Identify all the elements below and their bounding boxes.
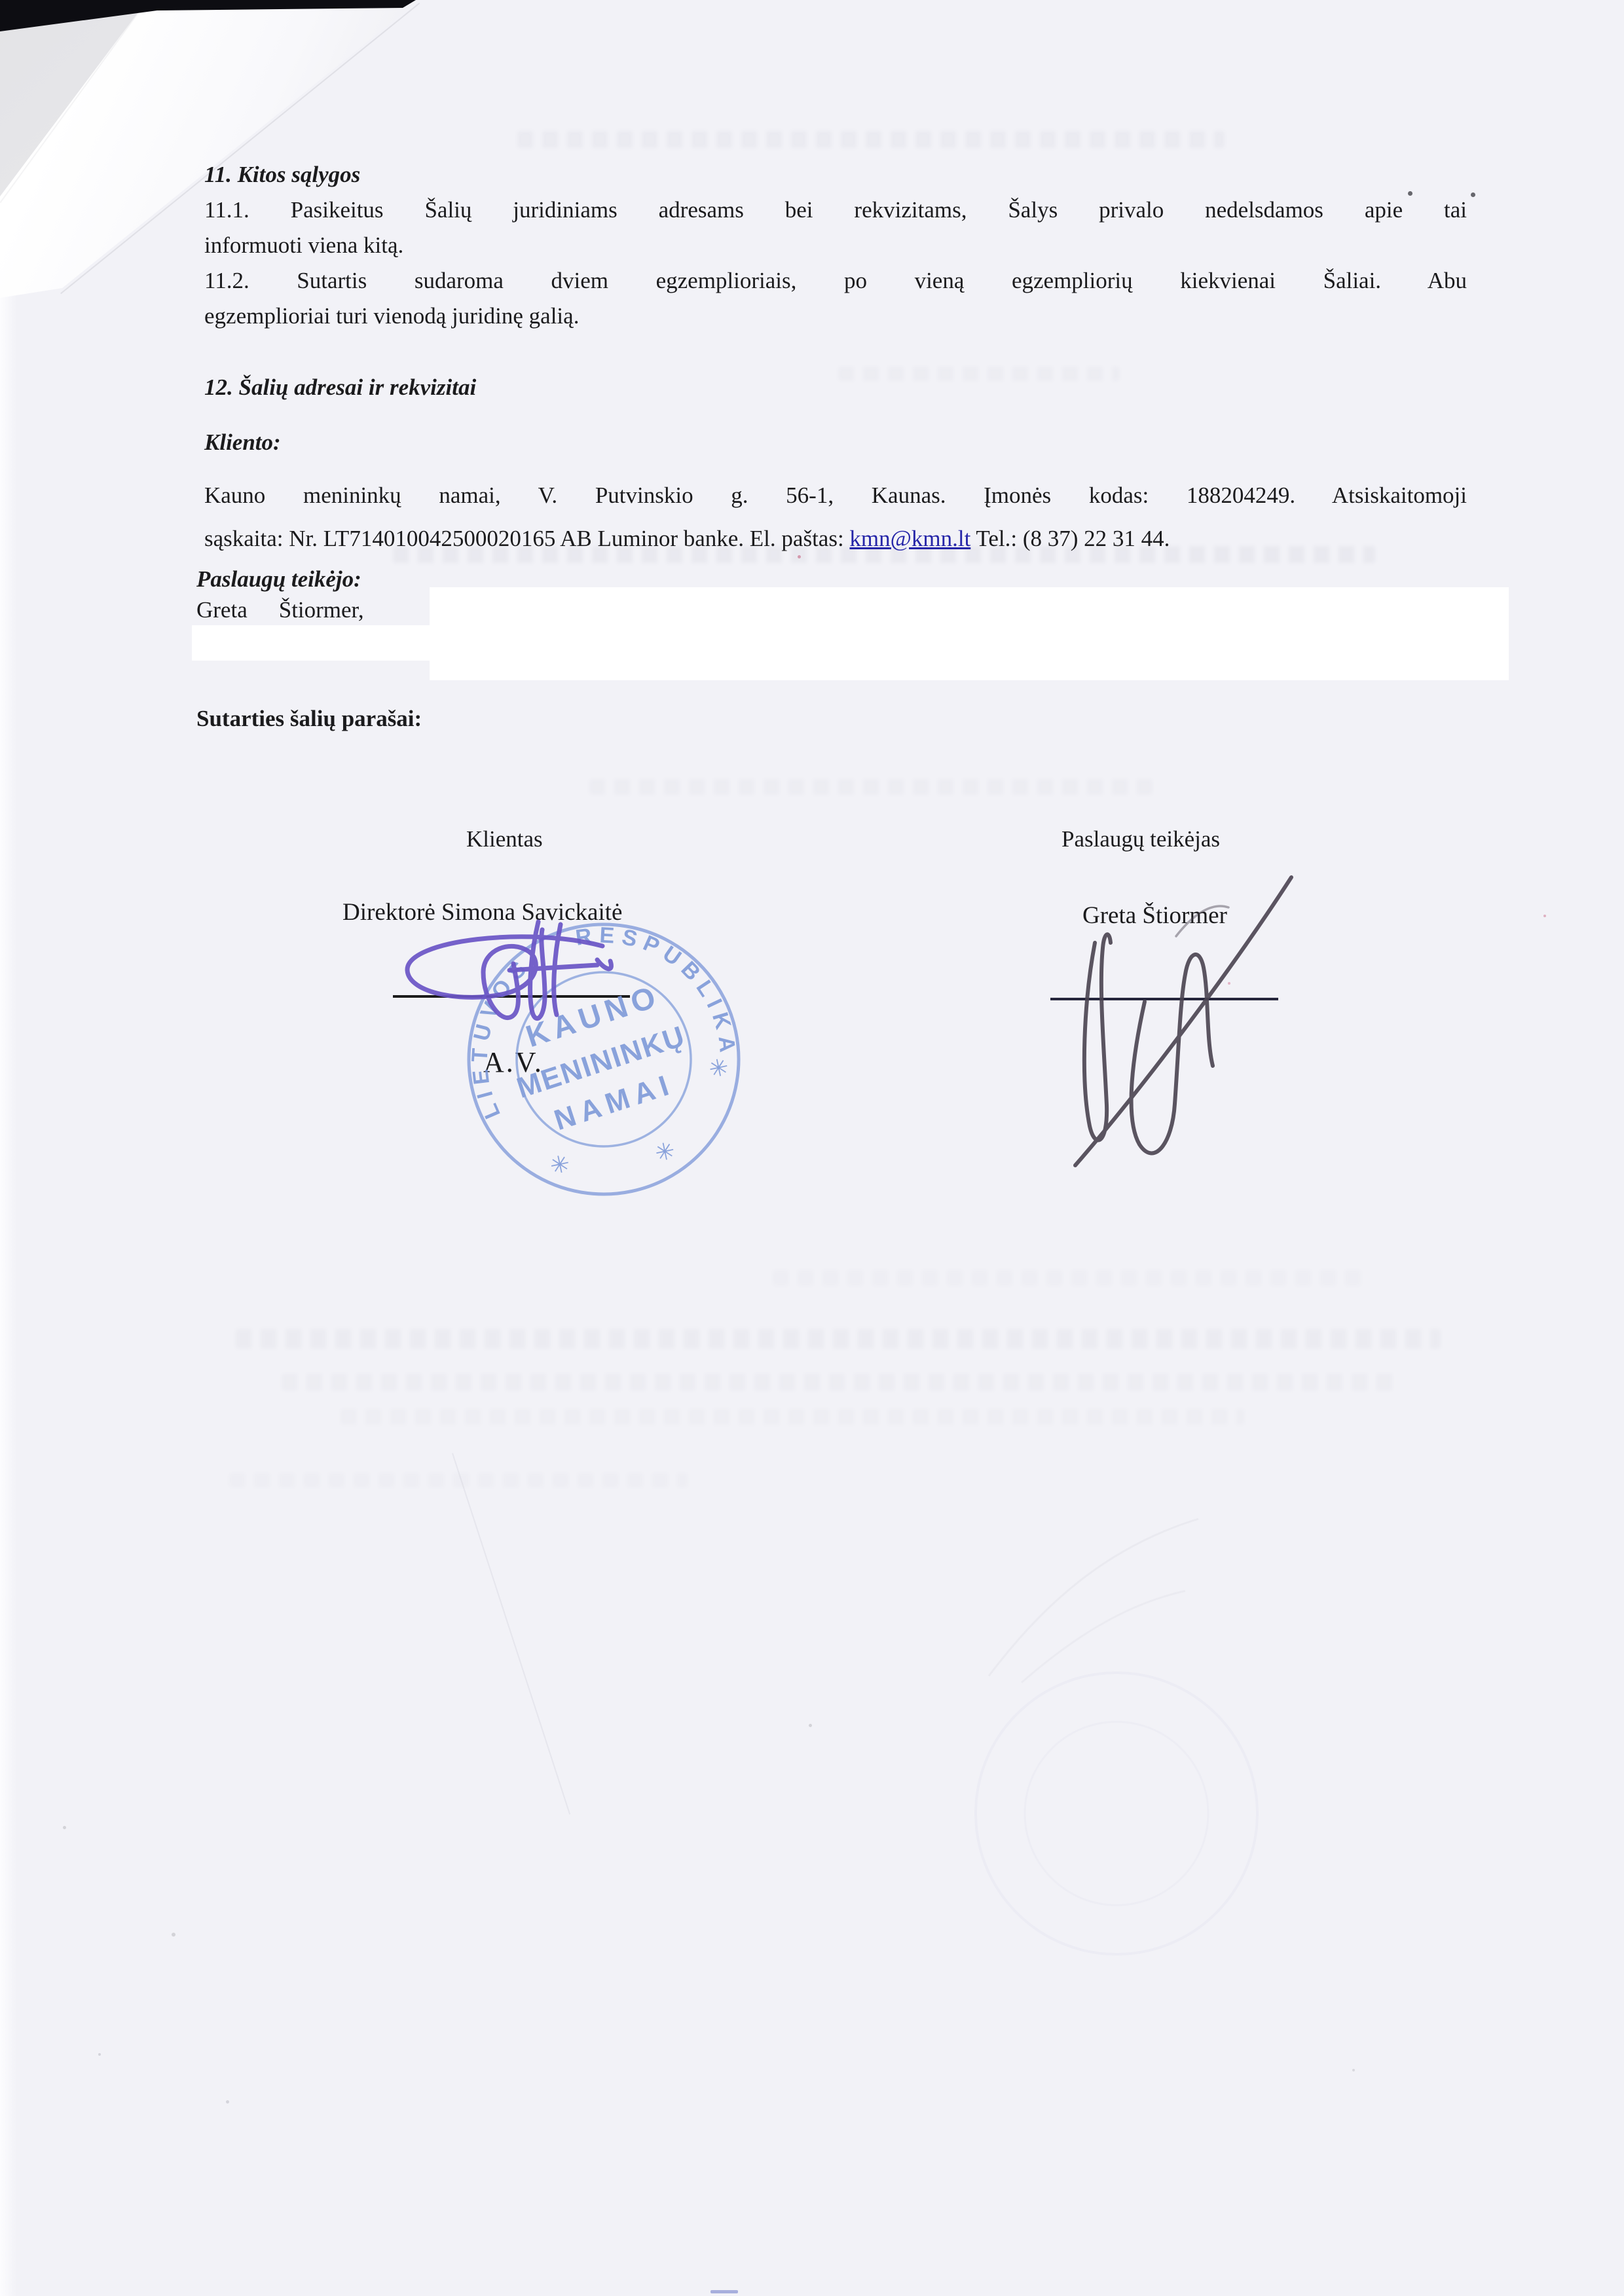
clause-11-2-line2: egzemplioriai turi vienodą juridinę gali… [204, 303, 579, 329]
left-role-label: Klientas [466, 826, 543, 852]
bleedthrough-ghost [589, 779, 1153, 795]
scan-speck [98, 2053, 101, 2056]
client-label: Kliento: [204, 429, 281, 456]
scan-speck [226, 2100, 229, 2104]
scanned-contract-page: 11. Kitos sąlygos 11.1. Pasikeitus Šalių… [0, 0, 1624, 2296]
bleedthrough-ghost [838, 367, 1120, 381]
right-role-label: Paslaugų teikėjas [1061, 826, 1220, 852]
client-details-line2-pre: sąskaita: Nr. LT714010042500020165 AB Lu… [204, 526, 849, 551]
scanner-edge-shading [0, 0, 17, 2296]
scan-speck [172, 1933, 175, 1937]
client-signature [367, 910, 655, 1054]
provider-last-name: Štiormer, [279, 597, 364, 623]
scan-speck [1408, 191, 1412, 196]
scan-speck [798, 555, 801, 558]
provider-name-line: GretaŠtiormer, [196, 597, 364, 623]
bleedthrough-ghost [236, 1329, 1441, 1349]
paper-crease-ghost [452, 1453, 570, 1814]
bleedthrough-ghost [341, 1409, 1244, 1425]
redaction-box [192, 625, 437, 661]
scan-speck [1471, 192, 1475, 197]
bleedthrough-signature-ghost [969, 1506, 1231, 1702]
client-details-line2: sąskaita: Nr. LT714010042500020165 AB Lu… [204, 526, 1170, 552]
signatures-heading: Sutarties šalių parašai: [196, 706, 422, 732]
scan-speck [63, 1826, 66, 1829]
scan-edge-mark [710, 2290, 738, 2293]
scan-speck [809, 1724, 812, 1727]
bleedthrough-ghost [517, 131, 1225, 148]
provider-signature [1048, 864, 1310, 1178]
clause-11-1-line2: informuoti viena kitą. [204, 232, 403, 259]
stamp-star-icon: ✳ [652, 1137, 677, 1167]
stamp-star-icon: ✳ [547, 1150, 572, 1180]
clause-11-2-line1: 11.2. Sutartis sudaroma dviem egzemplior… [204, 268, 1467, 294]
clause-11-1-line1: 11.1. Pasikeitus Šalių juridiniams adres… [204, 197, 1467, 223]
bleedthrough-ghost [773, 1270, 1362, 1286]
scan-speck [1352, 2069, 1355, 2071]
bleedthrough-stamp-ghost [959, 1656, 1274, 1971]
provider-label: Paslaugų teikėjo: [196, 566, 361, 592]
scan-speck [1543, 915, 1546, 917]
section-12-heading: 12. Šalių adresai ir rekvizitai [204, 374, 476, 401]
client-email-link: kmn@kmn.lt [849, 526, 970, 551]
client-details-line1: Kauno menininkų namai, V. Putvinskio g. … [204, 483, 1467, 509]
provider-first-name: Greta [196, 597, 248, 623]
section-11-heading: 11. Kitos sąlygos [204, 162, 360, 188]
client-details-line2-post: Tel.: (8 37) 22 31 44. [970, 526, 1170, 551]
bleedthrough-ghost [282, 1374, 1395, 1391]
redaction-box [430, 587, 1509, 680]
